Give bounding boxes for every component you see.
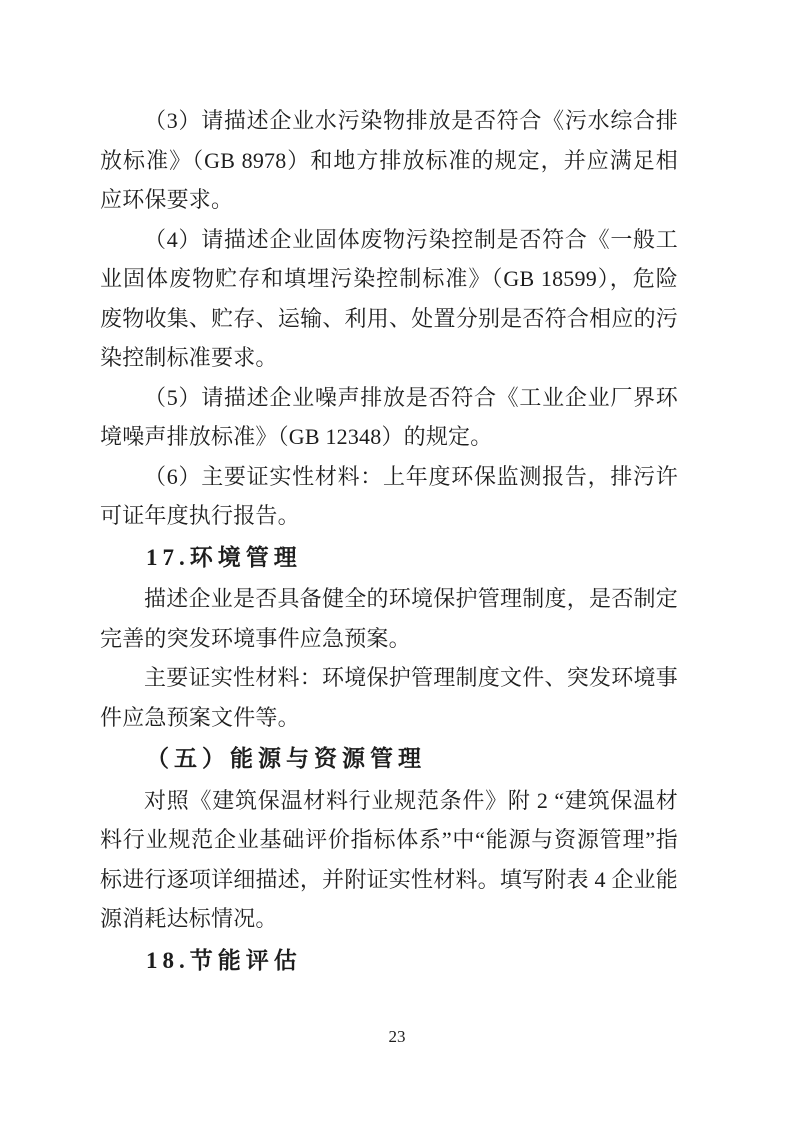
heading-17-environment-management: 17.环境管理 <box>100 538 678 578</box>
paragraph-supporting-materials-env: （6）主要证实性材料：上年度环保监测报告，排污许可证年度执行报告。 <box>100 457 678 536</box>
heading-5-energy-resource-management: （五）能源与资源管理 <box>100 739 678 779</box>
page-content: （3）请描述企业水污染物排放是否符合《污水综合排放标准》（GB 8978）和地方… <box>100 101 678 982</box>
heading-18-energy-saving-assessment: 18.节能评估 <box>100 941 678 981</box>
page-number: 23 <box>0 1026 794 1048</box>
paragraph-solid-waste-control: （4）请描述企业固体废物污染控制是否符合《一般工业固体废物贮存和填埋污染控制标准… <box>100 220 678 378</box>
document-page: （3）请描述企业水污染物排放是否符合《污水综合排放标准》（GB 8978）和地方… <box>0 0 794 1123</box>
paragraph-water-pollutant-discharge: （3）请描述企业水污染物排放是否符合《污水综合排放标准》（GB 8978）和地方… <box>100 101 678 220</box>
paragraph-energy-resource-description: 对照《建筑保温材料行业规范条件》附 2 “建筑保温材料行业规范企业基础评价指标体… <box>100 781 678 939</box>
paragraph-env-management-system: 描述企业是否具备健全的环境保护管理制度，是否制定完善的突发环境事件应急预案。 <box>100 579 678 658</box>
paragraph-supporting-materials-management: 主要证实性材料：环境保护管理制度文件、突发环境事件应急预案文件等。 <box>100 658 678 737</box>
paragraph-noise-emission: （5）请描述企业噪声排放是否符合《工业企业厂界环境噪声排放标准》（GB 1234… <box>100 378 678 457</box>
